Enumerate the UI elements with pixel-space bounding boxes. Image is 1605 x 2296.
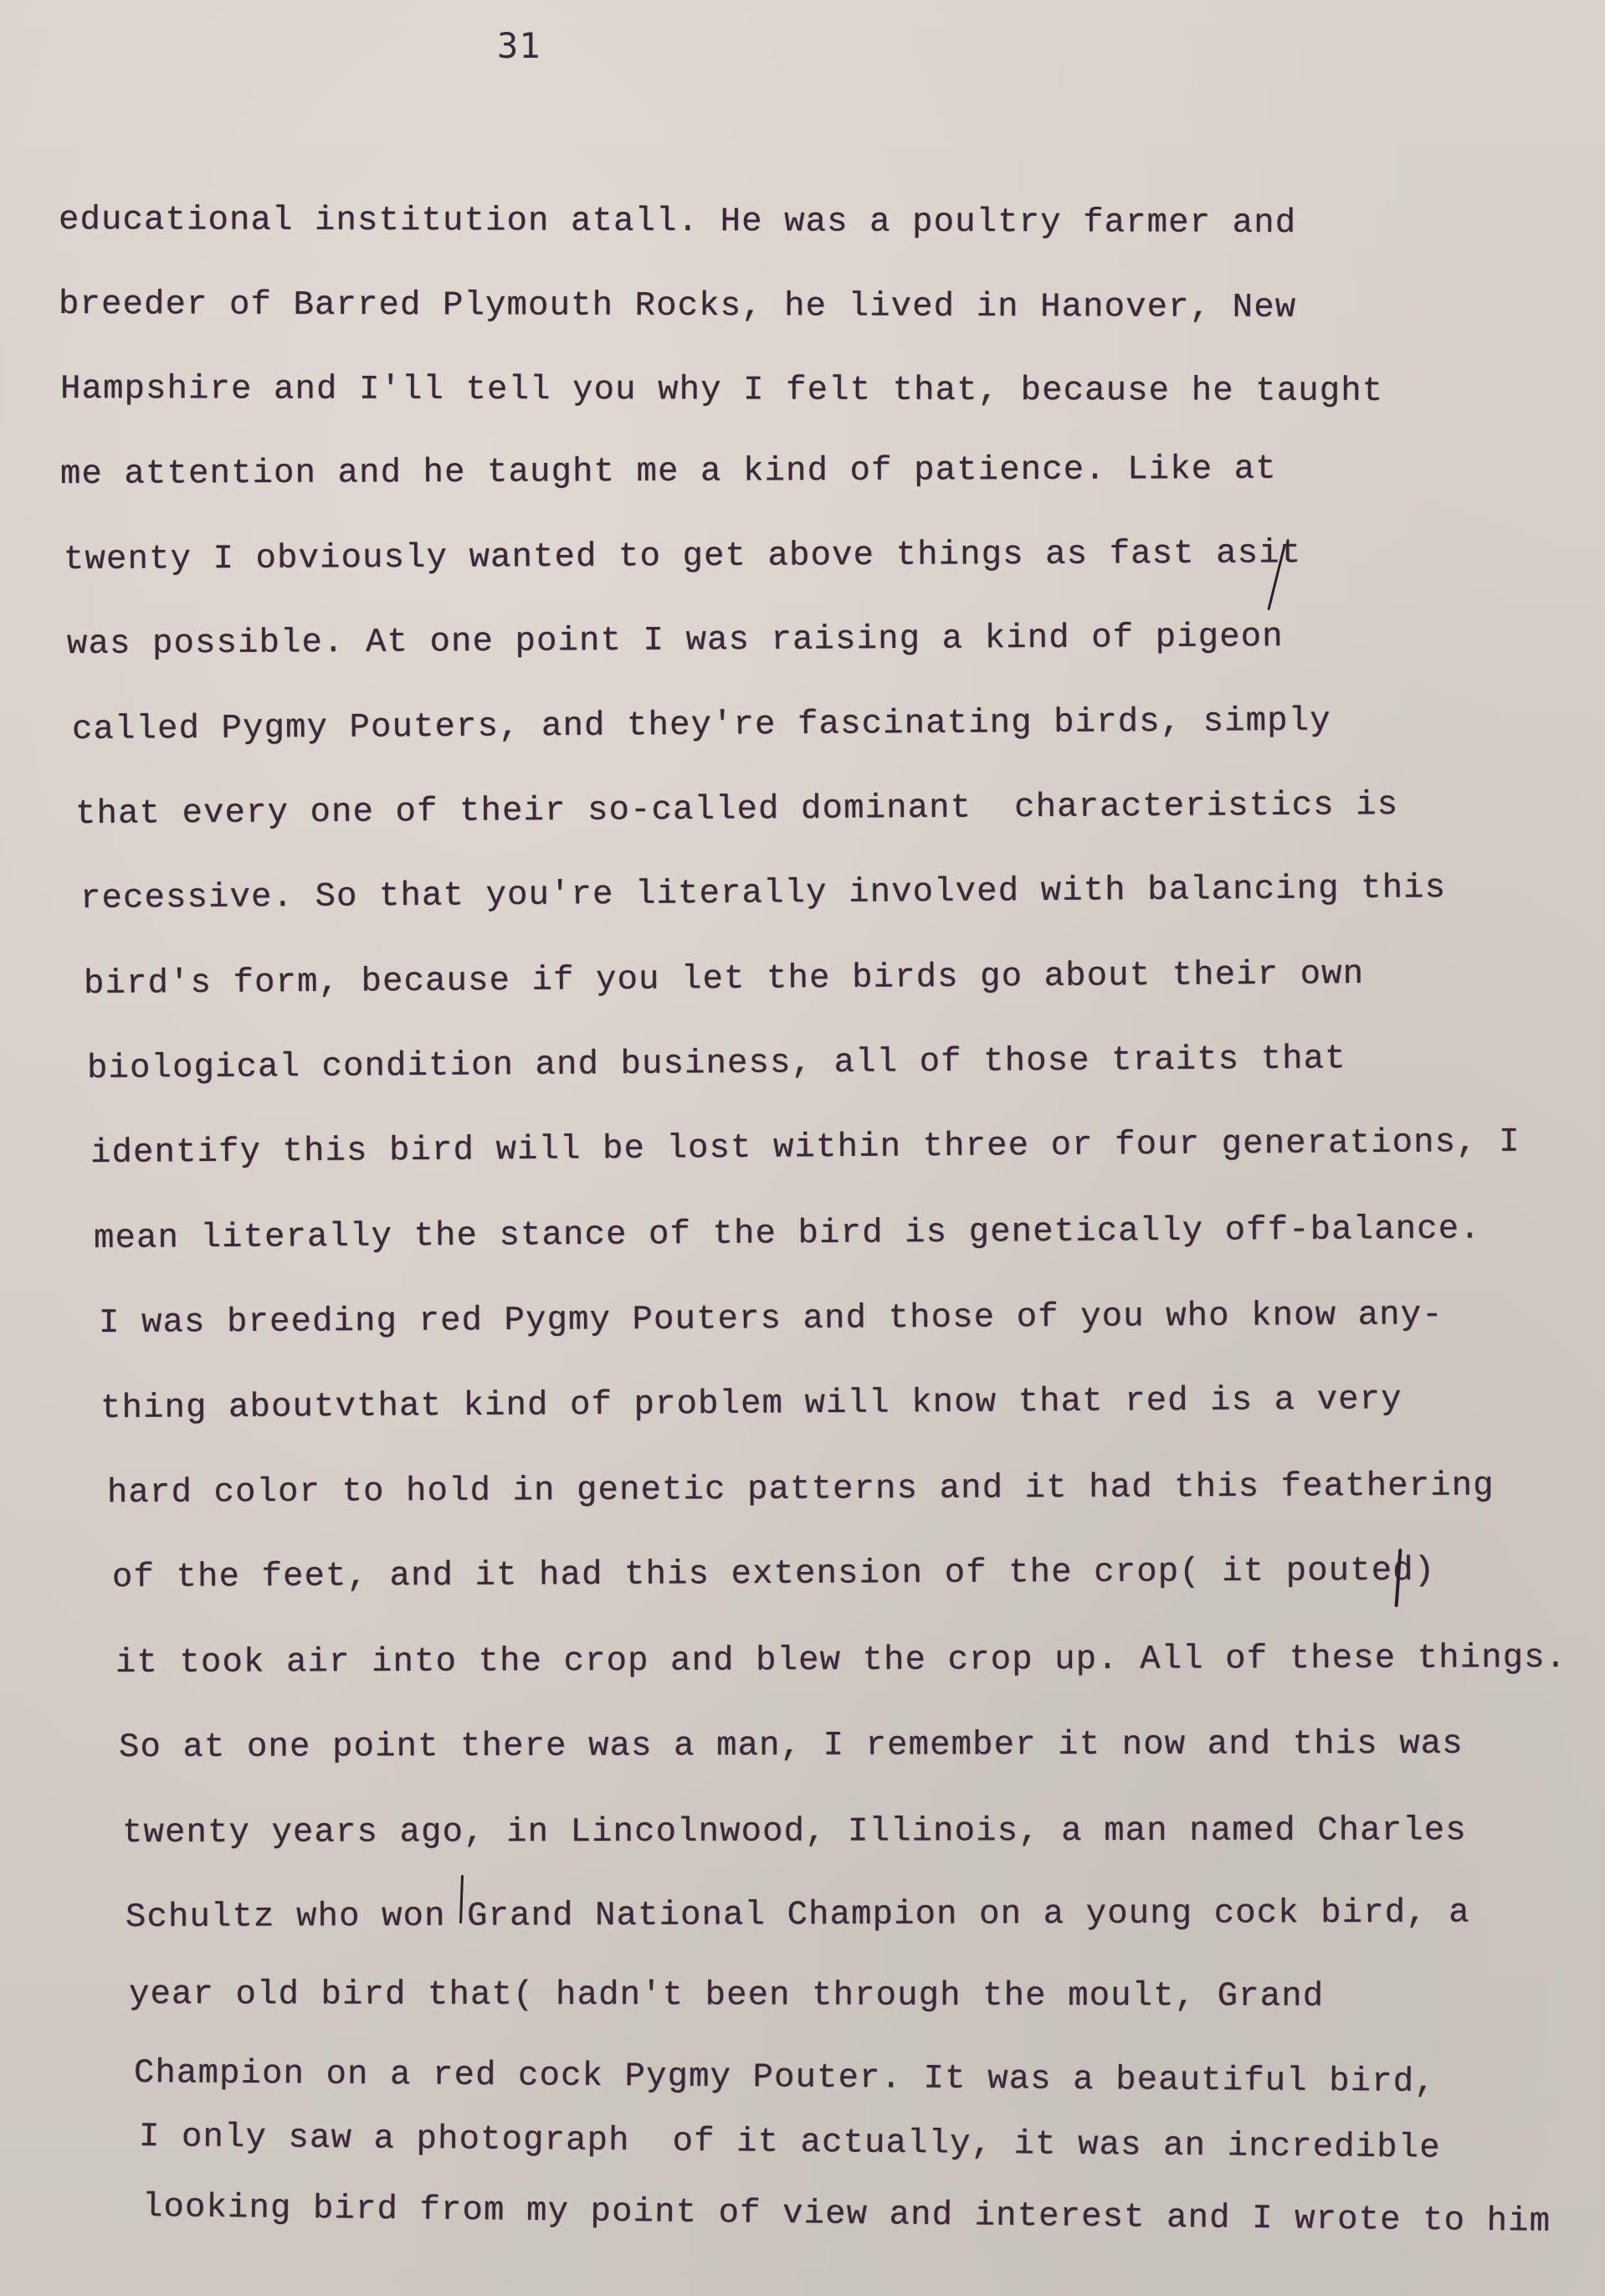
text-line: breeder of Barred Plymouth Rocks, he liv… — [59, 285, 1296, 327]
text-line: I was breeding red Pygmy Pouters and tho… — [99, 1296, 1443, 1343]
text-line: twenty years ago, in Lincolnwood, Illino… — [122, 1811, 1467, 1852]
text-line: of the feet, and it had this extension o… — [112, 1552, 1435, 1597]
page-number: 31 — [497, 25, 541, 66]
text-line: Hampshire and I'll tell you why I felt t… — [60, 370, 1383, 411]
text-line: was possible. At one point I was raising… — [67, 618, 1284, 664]
text-line: Schultz who won Grand National Champion … — [126, 1893, 1470, 1937]
text-line: me attention and he taught me a kind of … — [60, 450, 1277, 494]
text-line: hard color to hold in genetic patterns a… — [107, 1466, 1495, 1513]
text-line: year old bird that( hadn't been through … — [129, 1975, 1324, 2016]
text-line: twenty I obviously wanted to get above t… — [64, 534, 1301, 579]
text-line: So at one point there was a man, I remem… — [119, 1725, 1464, 1767]
text-line: it took air into the crop and blew the c… — [115, 1639, 1567, 1682]
text-line: educational institution atall. He was a … — [59, 201, 1296, 243]
